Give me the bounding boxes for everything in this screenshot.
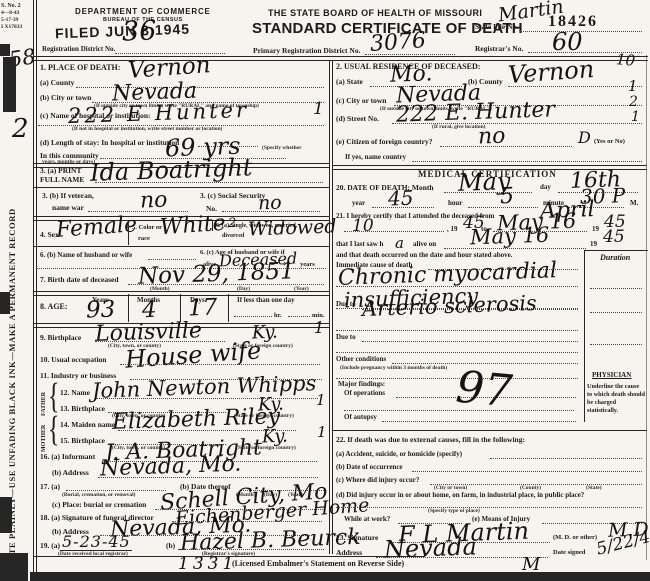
alive-on-label: alive on: [413, 241, 436, 249]
dotted-line: [382, 421, 576, 422]
duration-label: Duration: [600, 254, 630, 263]
operations-label: Of operations: [344, 390, 385, 398]
header-board: THE STATE BOARD OF HEALTH OF MISSOURI: [268, 9, 482, 19]
mother-birthplace-value: Ky.: [262, 428, 288, 447]
dotted-line: [336, 507, 642, 508]
attended-from-day: 10: [352, 218, 374, 235]
informant-address-label: (b) Address: [52, 469, 89, 477]
length-of-stay-label: (d) Length of stay: In hospital or insti…: [40, 139, 179, 147]
margin-handwritten-mark-2: 2: [12, 116, 29, 142]
dotted-line: [392, 123, 642, 124]
date-signed-label: Date signed: [553, 549, 585, 556]
residence-city-label: (c) City or town: [336, 97, 386, 105]
due-to-label-1: Due to: [336, 301, 356, 309]
death-hour-value: 5: [500, 186, 515, 208]
form-left-border: [33, 0, 34, 572]
dotted-line: [590, 288, 642, 289]
hospital-tally-mark: 1: [313, 101, 324, 118]
residence-street-label: (d) Street No.: [336, 115, 379, 123]
mother-brace: {: [48, 410, 60, 450]
duration-box-top: [584, 250, 648, 251]
registrar-no-value: 60: [552, 30, 583, 54]
dotted-line: [444, 248, 586, 249]
occurrence-label: (b) Date of occurrence: [336, 464, 403, 472]
occurred-line: and that death occurred on the date and …: [336, 252, 513, 260]
full-name-label-2: FULL NAME: [40, 176, 84, 184]
full-name-value: Ida Boatright: [90, 155, 253, 185]
primary-district-label: Primary Registration District No.: [253, 47, 360, 55]
age-months-value: 4: [142, 299, 157, 322]
birthplace-tally-mark: 1: [314, 320, 324, 336]
scan-artifact-blob: [0, 497, 12, 533]
section-divider: [333, 430, 647, 431]
autopsy-label: Of autopsy: [344, 414, 377, 422]
race-label-1: 5. Color or: [132, 224, 162, 231]
residence-street-mark: 1: [631, 110, 640, 124]
ssn-value: no: [258, 194, 282, 214]
where-note-state: (State): [586, 486, 602, 492]
form-left-border-inner: [36, 0, 37, 572]
dotted-line: [590, 312, 642, 313]
meridiem-suffix: M.: [630, 200, 638, 208]
registrar-received-label: 19. (a): [40, 542, 60, 550]
year-prefix-1: , 19: [447, 226, 458, 234]
age-days-value: 17: [188, 296, 218, 320]
column-divider-inner: [332, 60, 333, 554]
death-certificate-scan: S. No. 2 4—8-43 5-17-39 I X17833 WRITE P…: [0, 0, 650, 581]
registrar-sig-label: (b): [166, 542, 175, 550]
mother-group-label: MOTHER: [41, 420, 48, 452]
physician-address-label: Address: [336, 549, 362, 557]
dotted-line: [336, 352, 578, 353]
injury-place-label: (d) Did injury occur in or about home, o…: [336, 492, 584, 500]
age-table-divider: [228, 294, 229, 322]
year-prefix-2: 19: [592, 226, 599, 234]
residence-city-tally: 2: [629, 95, 638, 109]
age-col-less-than-day: If less than one day: [237, 297, 295, 305]
hospital-value: 222 E Hunter: [68, 100, 250, 127]
residence-county-value: Vernon: [507, 57, 595, 87]
place-of-death-heading: 1. PLACE OF DEATH:: [40, 64, 120, 73]
dotted-line: [96, 398, 318, 399]
last-saw-insert: a: [395, 236, 404, 251]
primary-district-value: 3076: [369, 30, 426, 56]
dotted-line: [412, 471, 642, 472]
external-causes-heading: 22. If death was due to external causes,…: [336, 436, 525, 444]
age-label: 8. AGE:: [40, 303, 68, 312]
occupation-label: 10. Usual occupation: [40, 356, 106, 364]
dotted-line: [95, 182, 323, 183]
row-divider: [33, 246, 329, 247]
citizen-clerk-mark: D: [578, 130, 591, 146]
cell-divider: [212, 220, 213, 231]
veteran-value: no: [140, 190, 168, 213]
scan-artifact-blob: [0, 44, 10, 56]
length-of-stay-note: (Specify whether: [262, 146, 302, 152]
dotted-line: [362, 341, 578, 342]
registrar-received-date: 5-23-45: [62, 534, 131, 550]
duration-box-left: [584, 250, 585, 422]
scan-artifact-blob: [0, 553, 28, 581]
other-conditions-label: Other conditions: [336, 356, 386, 364]
death-year-label: year: [352, 200, 365, 208]
spouse-label: 6. (b) Name of husband or wife: [40, 252, 132, 260]
registrar-no-label: Registrar's No.: [475, 45, 523, 53]
county-label: (a) County: [40, 79, 74, 87]
mother-name-label: 14. Maiden name: [60, 421, 115, 429]
due-to-value-1: Arterio sclerosis: [362, 293, 537, 320]
margin-date-code-2: 5-17-39: [1, 18, 18, 24]
residence-corner-mark: 10: [615, 52, 635, 69]
disposition-label: 17. (a): [40, 483, 60, 491]
scan-artifact-blob: [3, 57, 16, 112]
last-saw-year: 45: [603, 229, 625, 246]
last-saw-label: that I last saw h: [336, 241, 383, 249]
death-day-label: day: [540, 184, 551, 192]
where-injury-label: (c) Where did injury occur?: [336, 477, 419, 485]
race-label-2: race: [138, 235, 150, 242]
city-label: (b) City or town: [40, 94, 91, 102]
last-saw-date: May 16: [470, 225, 550, 249]
full-name-label-1: 3. (a) PRINT: [40, 167, 81, 175]
veteran-label-2: name war: [52, 204, 84, 212]
citizen-label: (e) Citizen of foreign country?: [336, 138, 433, 146]
dotted-line: [66, 490, 166, 491]
cell-divider: [128, 221, 129, 245]
dotted-line: [98, 477, 318, 478]
dotted-line: [88, 211, 188, 212]
margin-form-number: S. No. 2: [1, 3, 21, 9]
age-hr-label: hr.: [274, 312, 282, 319]
occupation-value: House wife: [124, 338, 262, 371]
age-table-divider: [180, 294, 181, 322]
citizen-value: no: [478, 126, 506, 149]
dotted-line: [344, 410, 574, 411]
physician-sidebar-note: Underline the cause to which death shoul…: [587, 383, 645, 415]
dotted-line: [120, 364, 320, 365]
dotted-line: [590, 344, 642, 345]
burial-place-label: (c) Place: burial or cremation: [52, 501, 146, 509]
form-right-border: [646, 55, 647, 560]
residence-county-tally: 1: [628, 79, 638, 94]
dotted-line: [178, 549, 324, 550]
hospital-note: (If not in hospital or institution, writ…: [72, 127, 222, 133]
injury-place-note: (Specify type of place): [428, 509, 480, 515]
death-year-value: 45: [388, 188, 414, 209]
birth-date-label: 7. Birth date of deceased: [40, 276, 119, 284]
dotted-line: [344, 231, 444, 232]
dotted-line: [288, 316, 310, 317]
major-findings-label: Major findings:: [338, 381, 385, 389]
marital-label-2: divorced: [222, 233, 244, 240]
other-conditions-note: (Include pregnancy within 3 months of de…: [340, 366, 447, 372]
registration-district-value: 36: [122, 17, 157, 45]
father-birthplace-label: 13. Birthplace: [60, 405, 105, 413]
dotted-line: [148, 259, 196, 260]
registration-district-label: Registration District No.: [42, 46, 115, 54]
md-note: (M. D. or other): [553, 534, 597, 541]
embalmer-number: 1331: [178, 556, 237, 573]
citizen-country-label: If yes, name country: [345, 154, 406, 162]
embalmer-note: (Licensed Embalmer's Statement on Revers…: [232, 560, 404, 569]
scan-artifact-blob: [0, 292, 10, 314]
findings-scrawl: 97: [454, 366, 514, 415]
date-of-death-label: 20. DATE OF DEATH: Month: [336, 184, 434, 192]
dotted-line: [128, 284, 324, 285]
dotted-line: [490, 458, 642, 459]
age-table-divider: [128, 294, 129, 322]
death-hour-label: hour: [448, 200, 462, 208]
column-divider: [329, 60, 330, 554]
father-name-label: 12. Name: [60, 389, 90, 397]
physician-sidebar-label: PHYSICIAN: [592, 372, 631, 380]
dotted-line: [412, 161, 642, 162]
ssn-label-1: 3. (c) Social Security: [200, 192, 265, 200]
father-birthplace-tally: 1: [316, 393, 326, 408]
while-at-work-label: While at work?: [344, 516, 390, 524]
marital-value: Widowed: [248, 217, 337, 239]
row-divider: [33, 187, 329, 188]
age-years-value: 93: [86, 298, 116, 322]
state-file-label: State File No.: [475, 23, 518, 31]
residence-state-label: (a) State: [336, 78, 363, 86]
margin-print-code: I X17833: [1, 25, 22, 31]
due-to-label-2: Due to: [336, 334, 356, 342]
dotted-line: [336, 330, 578, 331]
veteran-label-1: 3. (b) If veteran,: [42, 192, 94, 200]
scan-artifact-bottom-band: [30, 572, 650, 581]
father-group-label: FATHER: [41, 386, 48, 416]
margin-date-code-1: 4—8-43: [1, 11, 19, 17]
mother-birthplace-label: 15. Birthplace: [60, 437, 105, 445]
birthplace-label: 9. Birthplace: [40, 334, 81, 342]
informant-label: 16. (a) Informant: [40, 453, 95, 461]
year-prefix-3: 19: [590, 241, 597, 249]
physician-extra-mark: M: [522, 556, 540, 574]
citizen-note: (Yes or No): [594, 138, 625, 145]
dotted-line: [440, 146, 572, 147]
disposition-note: (Burial, cremation, or removal): [62, 493, 135, 499]
sex-value: Female: [55, 214, 137, 242]
mother-birthplace-tally: 1: [317, 425, 327, 440]
physician-signature-label: 23. Signature: [336, 534, 378, 542]
dotted-line: [234, 316, 272, 317]
accident-label: (a) Accident, suicide, or homicide (spec…: [336, 451, 462, 459]
